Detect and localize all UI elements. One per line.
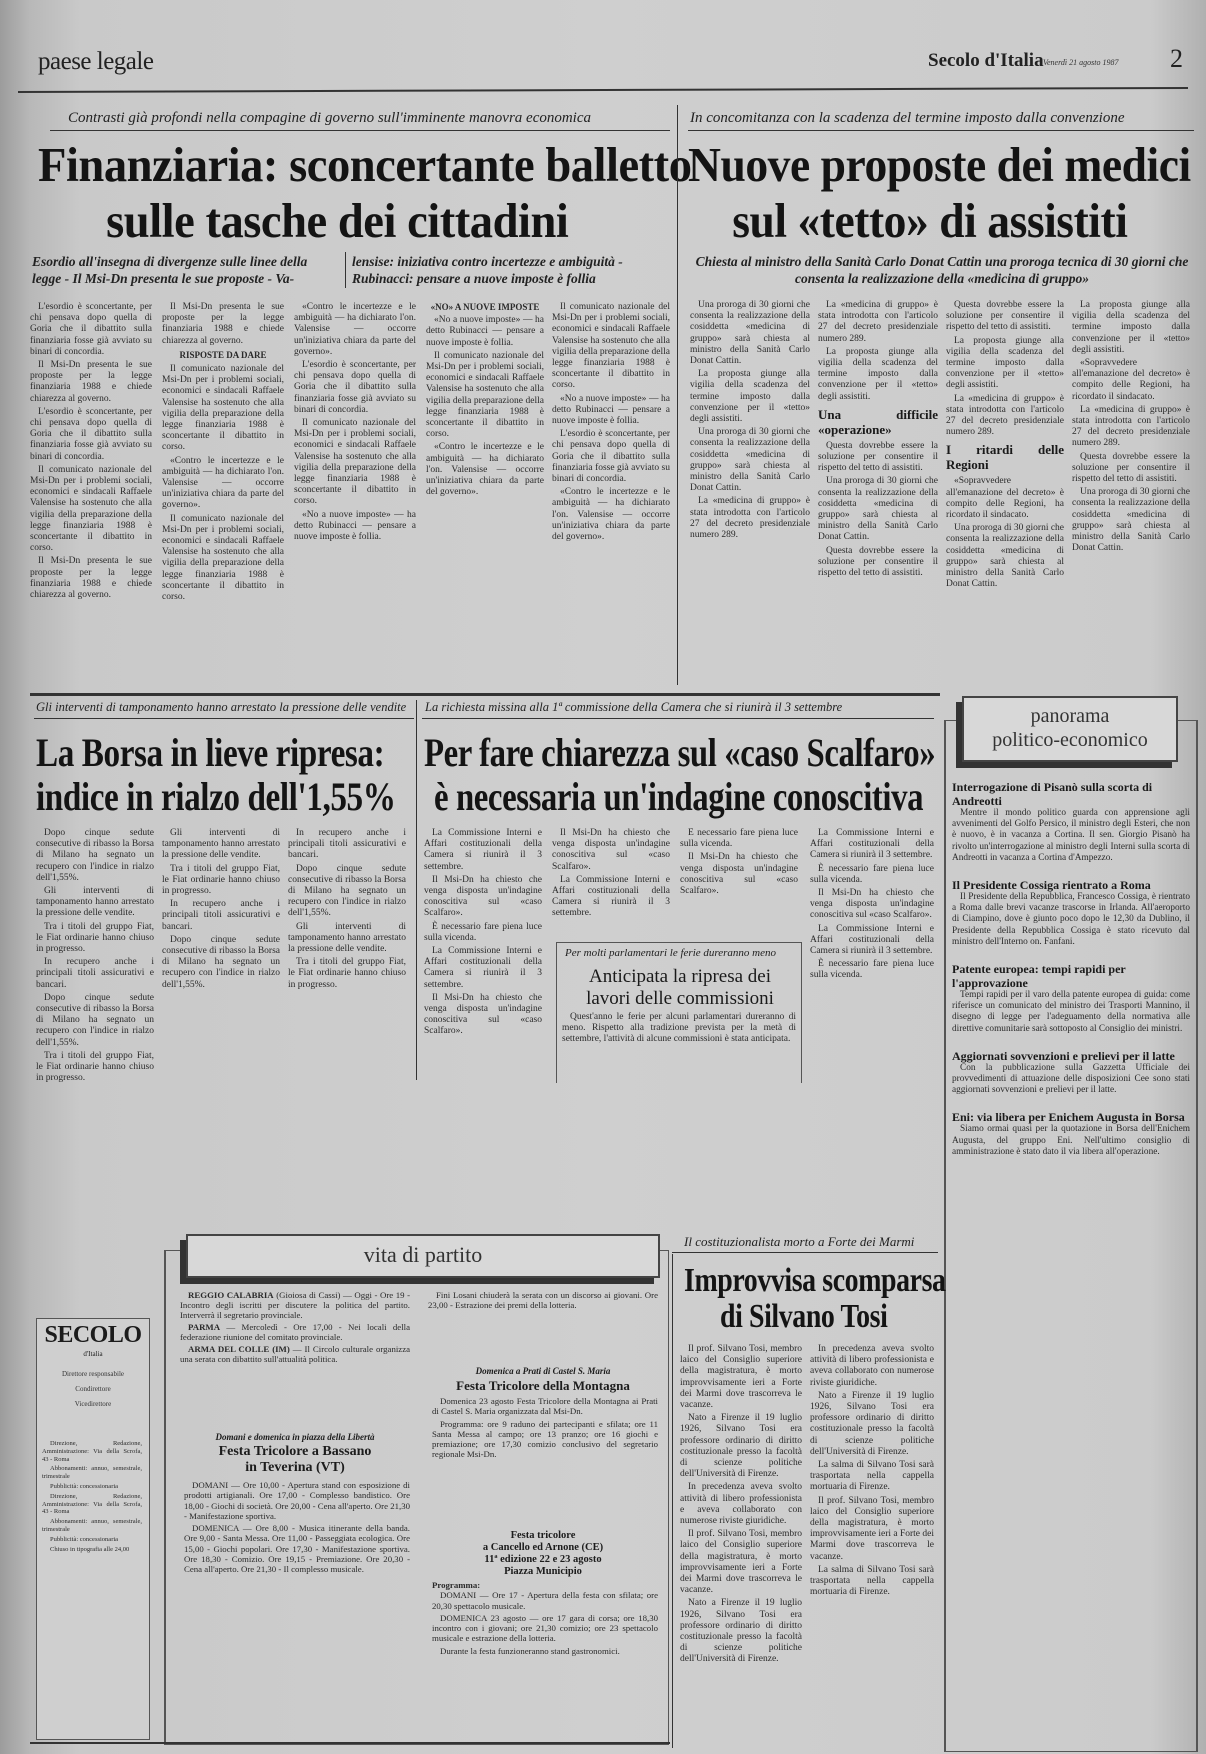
cancello-title: Festa tricolore a Cancello ed Arnone (CE… (428, 1530, 658, 1578)
masthead: paese legale Secolo d'Italia Venerdì 21 … (0, 40, 1206, 80)
scalfaro-kicker: La richiesta missina alla 1ª commissione… (425, 700, 842, 715)
scalfaro-col-3: È necessario fare piena luce sulla vicen… (680, 828, 798, 940)
summary-divider (345, 252, 346, 288)
borsa-kicker: Gli interventi di tamponamento hanno arr… (36, 700, 406, 715)
colophon-subtitle: d'Italia (36, 1350, 150, 1358)
tosi-col-1: Il prof. Silvano Tosi, membro laico del … (680, 1344, 802, 1744)
panorama-item: Il Presidente Cossiga rientrato a Roma I… (952, 878, 1190, 948)
finanziaria-summary-left: Esordio all'insegna di divergenze sulle … (32, 253, 332, 287)
scalfaro-col-2: Il Msi-Dn ha chiesto che venga disposta … (552, 828, 670, 940)
finanziaria-headline-2: sulle tasche dei cittadini (38, 194, 637, 248)
finanziaria-col-1: L'esordio è sconcertante, per chi pensav… (30, 302, 152, 684)
vita-title: vita di partito (188, 1236, 658, 1274)
panorama-item: Eni: via libera per Enichem Augusta in B… (952, 1110, 1190, 1158)
finanziaria-col-2: Il Msi-Dn presenta le sue proposte per l… (162, 302, 284, 684)
colophon-staff: Direttore responsabile Condirettore Vice… (44, 1370, 142, 1415)
borsa-headline-1: La Borsa in lieve ripresa: (36, 730, 384, 776)
column-divider (672, 1254, 673, 1748)
kicker-rule (422, 718, 934, 719)
column-divider (677, 105, 678, 685)
panorama-item: Interrogazione di Pisanò sulla scorta di… (952, 780, 1190, 864)
borsa-col-2: Gli interventi di tamponamento hanno arr… (162, 828, 280, 1076)
panorama-items: Interrogazione di Pisanò sulla scorta di… (952, 780, 1190, 1172)
finanziaria-col-3: «Contro le incertezze e le ambiguità — h… (294, 302, 416, 684)
kicker-rule (688, 130, 1194, 131)
colophon-notes: Direzione, Redazione, Amministrazione: V… (42, 1440, 142, 1730)
inset-body: Quest'anno le ferie per alcuni parlament… (562, 1012, 796, 1080)
finanziaria-col-5: Il comunicato nazionale del Msi-Dn per i… (552, 302, 670, 684)
bassano-body: DOMANI — Ore 10,00 - Apertura stand con … (184, 1480, 410, 1712)
paper-name: Secolo d'Italia (928, 50, 1044, 72)
borsa-headline-2: indice in rialzo dell'1,55% (36, 774, 396, 820)
tosi-headline-1: Improvvisa scomparsa (684, 1262, 946, 1300)
medici-headline-1: Nuove proposte dei medici (688, 138, 1172, 192)
kicker-rule (672, 1252, 938, 1253)
inset-headline: Anticipata la ripresa dei lavori delle c… (570, 966, 790, 1010)
medici-col-4: La proposta giunge alla vigilia della sc… (1072, 300, 1190, 684)
finanziaria-kicker: Contrasti già profondi nella compagine d… (68, 110, 591, 127)
bassano-title-1: Festa Tricolore a Bassano (180, 1444, 410, 1460)
scalfaro-col-4: La Commissione Interni e Affari costituz… (810, 828, 934, 1080)
finanziaria-summary-right: lensise: iniziativa contro incertezze e … (352, 253, 668, 287)
montagna-title: Festa Tricolore della Montagna (428, 1378, 658, 1394)
scalfaro-headline-2: è necessaria un'indagine conoscitiva (434, 774, 923, 820)
colophon-title: SECOLO (36, 1322, 150, 1349)
subhead-no-imposte: «NO» A NUOVE IMPOSTE (426, 302, 544, 313)
masthead-rule (18, 87, 1188, 93)
vita-col-2: Fini Losani chiuderà la serata con un di… (428, 1290, 658, 1352)
tosi-headline-2: di Silvano Tosi (720, 1298, 887, 1336)
page-number: 2 (1170, 44, 1183, 74)
medici-col-1: Una proroga di 30 giorni che consenta la… (690, 300, 810, 684)
section-name: paese legale (38, 48, 153, 76)
tosi-kicker: Il costituzionalista morto a Forte dei M… (684, 1234, 914, 1250)
subhead-risposte: RISPOSTE DA DARE (162, 350, 284, 361)
vita-title-box: vita di partito (186, 1234, 660, 1278)
inset-kicker: Per molti parlamentari le ferie durerann… (565, 947, 776, 959)
borsa-col-1: Dopo cinque sedute consecutive di ribass… (36, 828, 154, 1200)
finanziaria-headline-1: Finanziaria: sconcertante balletto (38, 138, 637, 192)
panorama-title-2: politico-economico (964, 728, 1176, 752)
subhead-difficile-operazione: Una difficile «operazione» (818, 407, 938, 437)
bassano-kicker: Domani e domenica in piazza della Libert… (180, 1432, 410, 1442)
column-divider (416, 700, 417, 1080)
cancello-body: Programma: DOMANI — Ore 17 - Apertura de… (432, 1580, 658, 1710)
scalfaro-col-1: La Commissione Interni e Affari costituz… (424, 828, 542, 1080)
subhead-ritardi-regioni: I ritardi delle Regioni (946, 442, 1064, 472)
medici-col-2: La «medicina di gruppo» è stata introdot… (818, 300, 938, 684)
panorama-item: Aggiornati sovvenzioni e prelievi per il… (952, 1049, 1190, 1097)
kicker-rule (50, 130, 670, 131)
medici-headline-2: sul «tetto» di assistiti (688, 194, 1172, 248)
section-rule (30, 693, 940, 696)
panorama-item: Patente europea: tempi rapidi per l'appr… (952, 962, 1190, 1035)
montagna-body: Domenica 23 agosto Festa Tricolore della… (432, 1396, 658, 1520)
panorama-title-box: panorama politico-economico (962, 696, 1178, 762)
finanziaria-col-4: «NO» A NUOVE IMPOSTE «No a nuove imposte… (426, 302, 544, 684)
medici-kicker: In concomitanza con la scadenza del term… (690, 110, 1125, 127)
tosi-col-2: In precedenza aveva svolto attività di l… (810, 1344, 934, 1744)
kicker-rule (34, 718, 414, 719)
medici-col-3: Questa dovrebbe essere la soluzione per … (946, 300, 1064, 684)
bassano-title-2: in Teverina (VT) (180, 1460, 410, 1476)
montagna-kicker: Domenica a Prati di Castel S. Maria (428, 1366, 658, 1376)
medici-summary: Chiesta al ministro della Sanità Carlo D… (688, 253, 1196, 287)
panorama-title-1: panorama (964, 704, 1176, 728)
issue-date: Venerdì 21 agosto 1987 (1043, 58, 1118, 67)
scalfaro-headline-1: Per fare chiarezza sul «caso Scalfaro» (424, 730, 935, 776)
bottom-rule (30, 1742, 670, 1744)
vita-col-1: REGGIO CALABRIA (Gioiosa di Cassi) — Ogg… (180, 1290, 410, 1420)
borsa-col-3: In recupero anche i principali titoli as… (288, 828, 406, 1076)
